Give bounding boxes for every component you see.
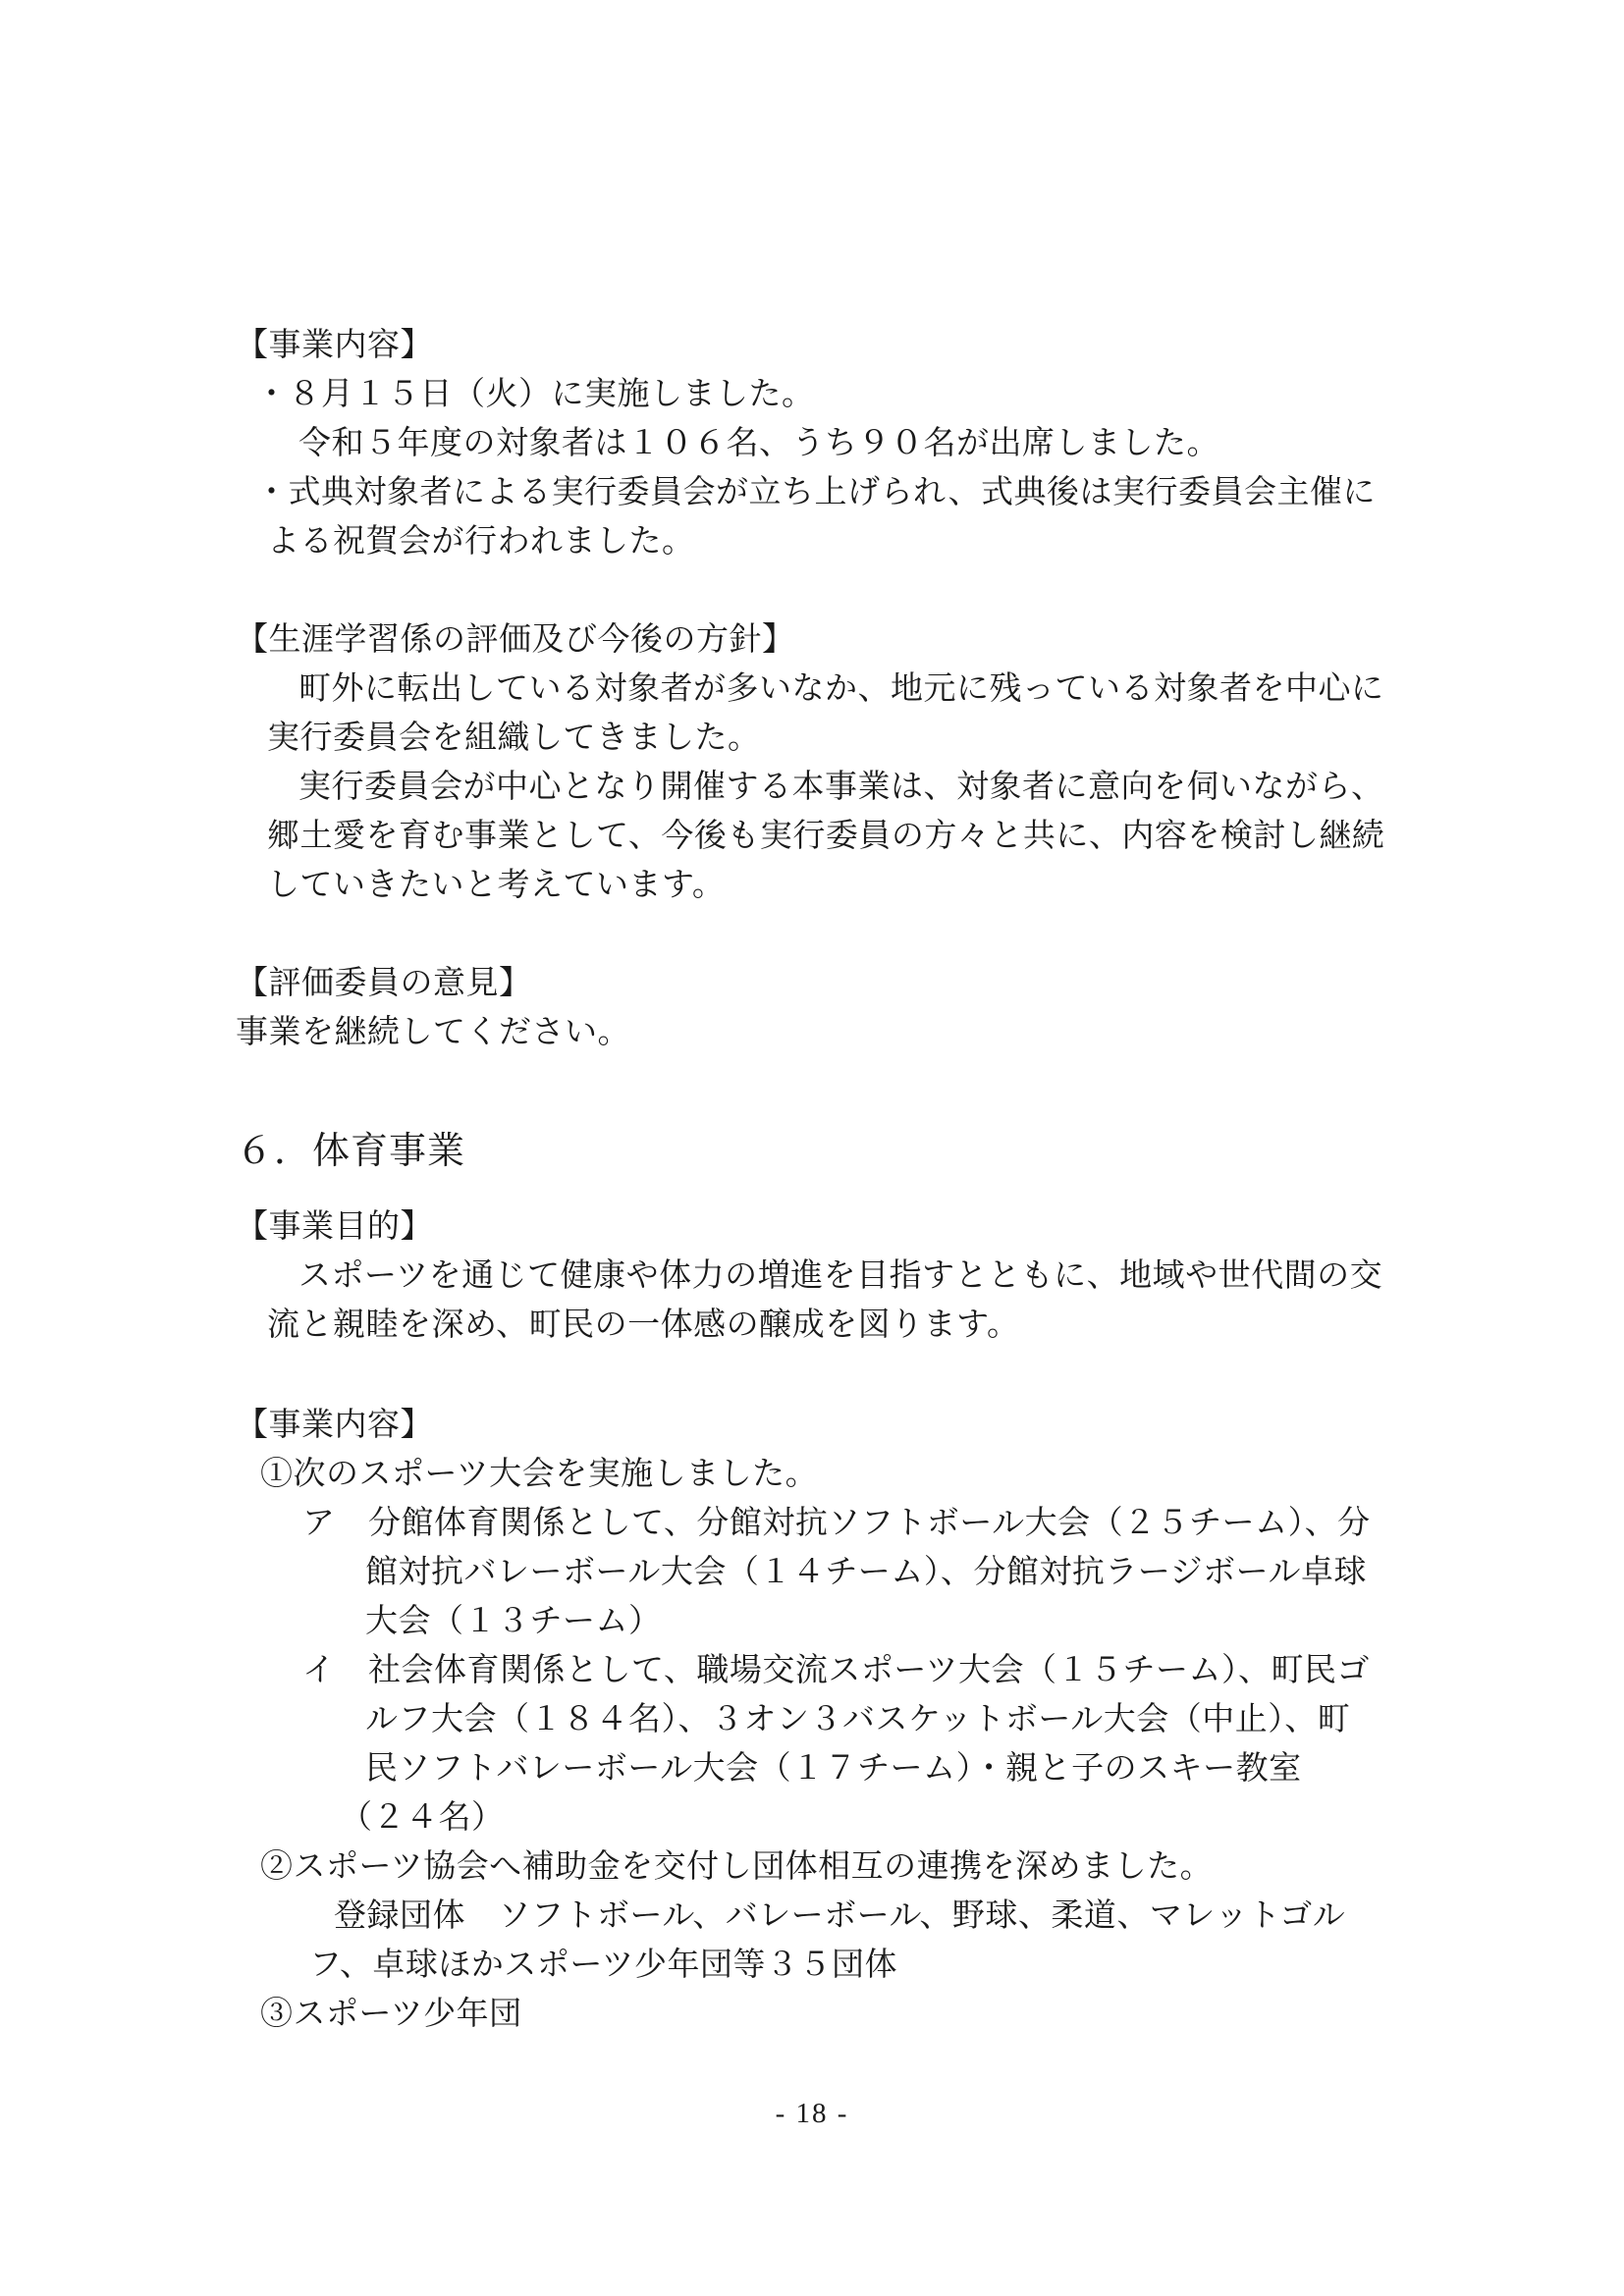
body-line: 民ソフトバレーボール大会（１７チーム）・親と子のスキー教室 [236, 1744, 1453, 1793]
body-line: イ 社会体育関係として、職場交流スポーツ大会（１５チーム）、町民ゴ [236, 1646, 1453, 1695]
body-line: ②スポーツ協会へ補助金を交付し団体相互の連携を深めました。 [236, 1842, 1453, 1892]
body-line: 実行委員会を組織してきました。 [236, 714, 1453, 763]
section-heading: 【事業内容】 [236, 1401, 1453, 1450]
body-line: 館対抗バレーボール大会（１４チーム）、分館対抗ラージボール卓球 [236, 1548, 1453, 1597]
section-heading: 【生涯学習係の評価及び今後の方針】 [236, 615, 1453, 665]
section-heading: 【事業内容】 [236, 321, 1453, 370]
section-project-details-1: 【事業内容】 ・８月１５日（火）に実施しました。 令和５年度の対象者は１０６名、… [236, 321, 1453, 566]
body-line: （２４名） [236, 1793, 1453, 1842]
section-evaluation-policy: 【生涯学習係の評価及び今後の方針】 町外に転出している対象者が多いなか、地元に残… [236, 615, 1453, 910]
body-line: 実行委員会が中心となり開催する本事業は、対象者に意向を伺いながら、 [236, 763, 1453, 812]
document-page: 【事業内容】 ・８月１５日（火）に実施しました。 令和５年度の対象者は１０６名、… [0, 0, 1624, 2296]
body-line: 大会（１３チーム） [236, 1597, 1453, 1646]
body-line: ・式典対象者による実行委員会が立ち上げられ、式典後は実行委員会主催に [236, 468, 1453, 517]
body-line: ルフ大会（１８４名）、３オン３バスケットボール大会（中止）、町 [236, 1695, 1453, 1744]
section-committee-opinion: 【評価委員の意見】 事業を継続してください。 [236, 959, 1453, 1057]
body-line: スポーツを通じて健康や体力の増進を目指すとともに、地域や世代間の交 [236, 1252, 1453, 1301]
chapter-heading: ６．体育事業 [236, 1119, 465, 1184]
body-line: 町外に転出している対象者が多いなか、地元に残っている対象者を中心に [236, 665, 1453, 714]
body-line: ③スポーツ少年団 [236, 1990, 1453, 2039]
page-number: - 18 - [0, 2089, 1624, 2138]
body-line: ・８月１５日（火）に実施しました。 [236, 370, 1453, 419]
body-line: 事業を継続してください。 [236, 1008, 1453, 1057]
body-line: 登録団体 ソフトボール、バレーボール、野球、柔道、マレットゴル [236, 1892, 1453, 1941]
section-heading: 【事業目的】 [236, 1202, 1453, 1252]
body-line: フ、卓球ほかスポーツ少年団等３５団体 [236, 1941, 1453, 1990]
body-line: よる祝賀会が行われました。 [236, 517, 1453, 566]
body-line: 流と親睦を深め、町民の一体感の醸成を図ります。 [236, 1301, 1453, 1350]
section-project-purpose: 【事業目的】 スポーツを通じて健康や体力の増進を目指すとともに、地域や世代間の交… [236, 1202, 1453, 1350]
body-line: 郷土愛を育む事業として、今後も実行委員の方々と共に、内容を検討し継続 [236, 812, 1453, 861]
body-line: 令和５年度の対象者は１０６名、うち９０名が出席しました。 [236, 419, 1453, 468]
body-line: ア 分館体育関係として、分館対抗ソフトボール大会（２５チーム）、分 [236, 1499, 1453, 1548]
section-heading: 【評価委員の意見】 [236, 959, 1453, 1008]
body-line: していきたいと考えています。 [236, 861, 1453, 910]
section-project-details-2: 【事業内容】 ①次のスポーツ大会を実施しました。 ア 分館体育関係として、分館対… [236, 1401, 1453, 2039]
body-line: ①次のスポーツ大会を実施しました。 [236, 1450, 1453, 1499]
